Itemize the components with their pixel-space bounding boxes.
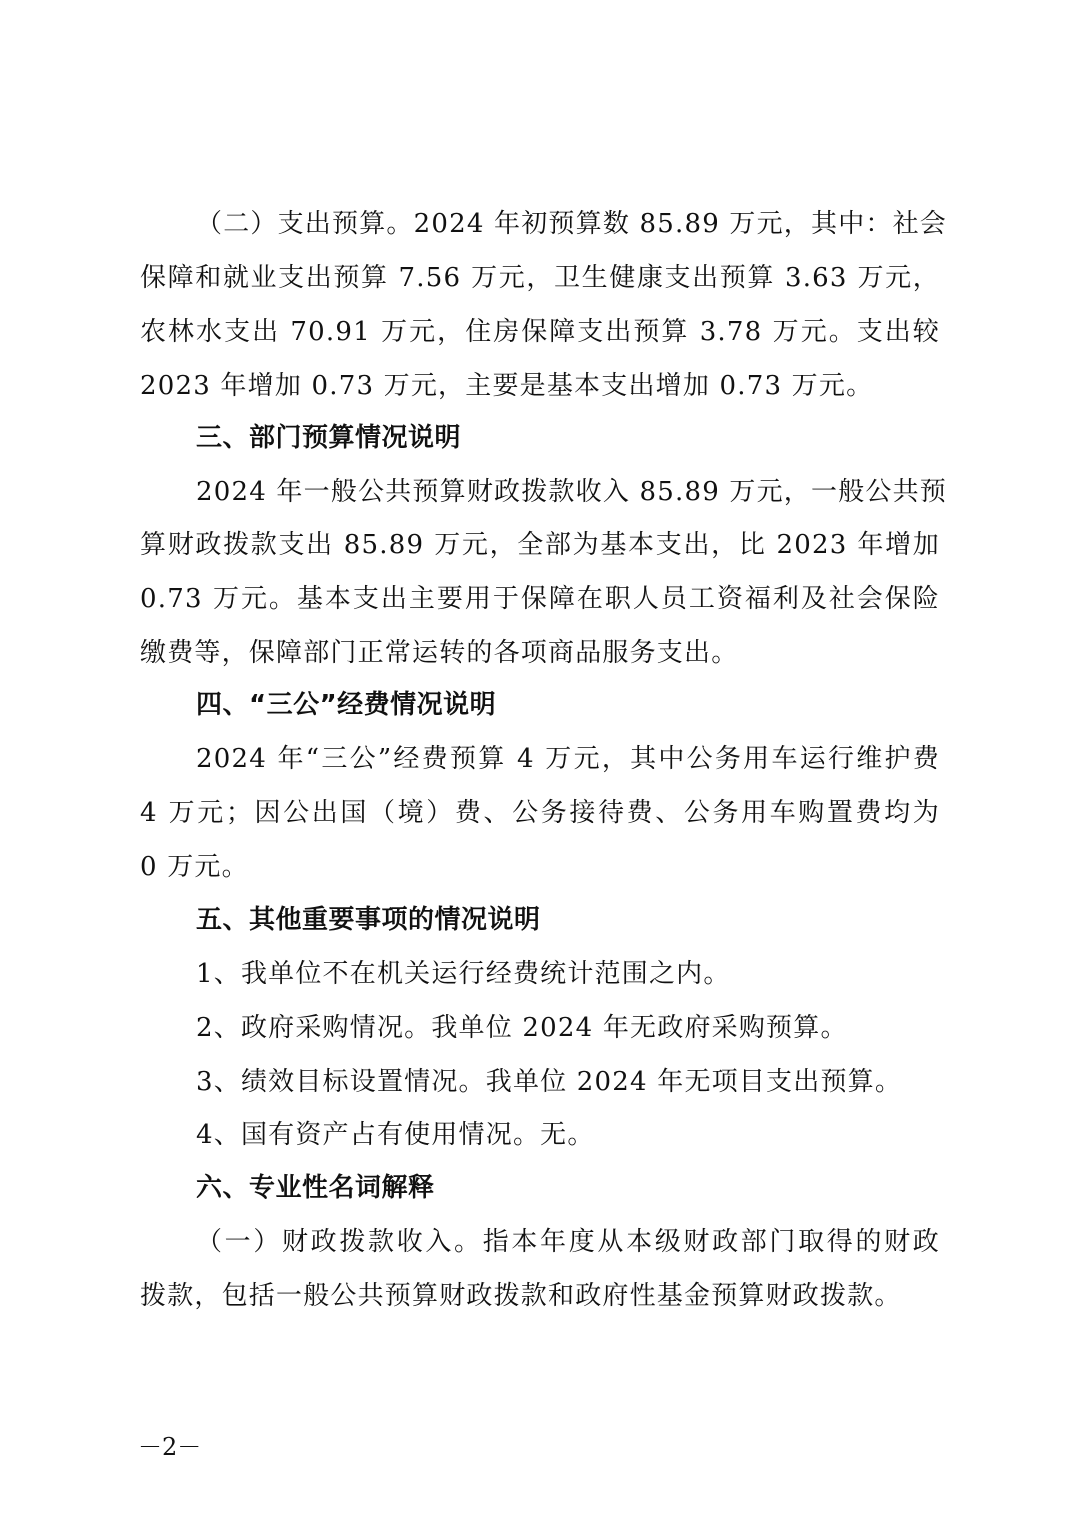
three-public-expenses-line-1: 2024 年“三公”经费预算 4 万元，其中公务用车运行维护费 [196,741,940,777]
department-budget-line-2: 算财政拨款支出 85.89 万元，全部为基本支出，比 2023 年增加 [140,527,940,563]
section-heading-department-budget: 三、部门预算情况说明 [196,420,461,456]
expenditure-paragraph-line-1: （二）支出预算。2024 年初预算数 85.89 万元，其中：社会 [196,206,940,242]
document-page: （二）支出预算。2024 年初预算数 85.89 万元，其中：社会 保障和就业支… [0,0,1074,1520]
department-budget-line-4: 缴费等，保障部门正常运转的各项商品服务支出。 [140,635,940,671]
section-heading-terminology: 六、专业性名词解释 [196,1170,435,1206]
expenditure-paragraph-line-3: 农林水支出 70.91 万元，住房保障支出预算 3.78 万元。支出较 [140,314,940,350]
term-fiscal-appropriation-income: （一）财政拨款收入。 [196,1227,483,1257]
department-budget-line-3: 0.73 万元。基本支出主要用于保障在职人员工资福利及社会保险 [140,581,940,617]
other-matters-item-3: 3、绩效目标设置情况。我单位 2024 年无项目支出预算。 [196,1064,902,1100]
expenditure-paragraph-line-2: 保障和就业支出预算 7.56 万元，卫生健康支出预算 3.63 万元， [140,260,940,296]
department-budget-line-1: 2024 年一般公共预算财政拨款收入 85.89 万元，一般公共预 [196,474,940,510]
other-matters-item-1: 1、我单位不在机关运行经费统计范围之内。 [196,956,731,992]
expenditure-paragraph-line-4: 2023 年增加 0.73 万元，主要是基本支出增加 0.73 万元。 [140,368,940,404]
other-matters-item-2: 2、政府采购情况。我单位 2024 年无政府采购预算。 [196,1010,848,1046]
other-matters-item-4: 4、国有资产占有使用情况。无。 [196,1117,595,1153]
section-heading-three-public-expenses: 四、“三公”经费情况说明 [196,687,496,723]
three-public-expenses-line-3: 0 万元。 [140,849,940,885]
terminology-line-1: （一）财政拨款收入。指本年度从本级财政部门取得的财政 [196,1224,940,1260]
terminology-line-2: 拨款，包括一般公共预算财政拨款和政府性基金预算财政拨款。 [140,1278,940,1314]
three-public-expenses-line-2: 4 万元；因公出国（境）费、公务接待费、公务用车购置费均为 [140,795,940,831]
page-number: －2－ [138,1432,201,1462]
term-definition: 指本年度从本级财政部门取得的财政 [483,1227,940,1257]
section-heading-other-matters: 五、其他重要事项的情况说明 [196,902,541,938]
